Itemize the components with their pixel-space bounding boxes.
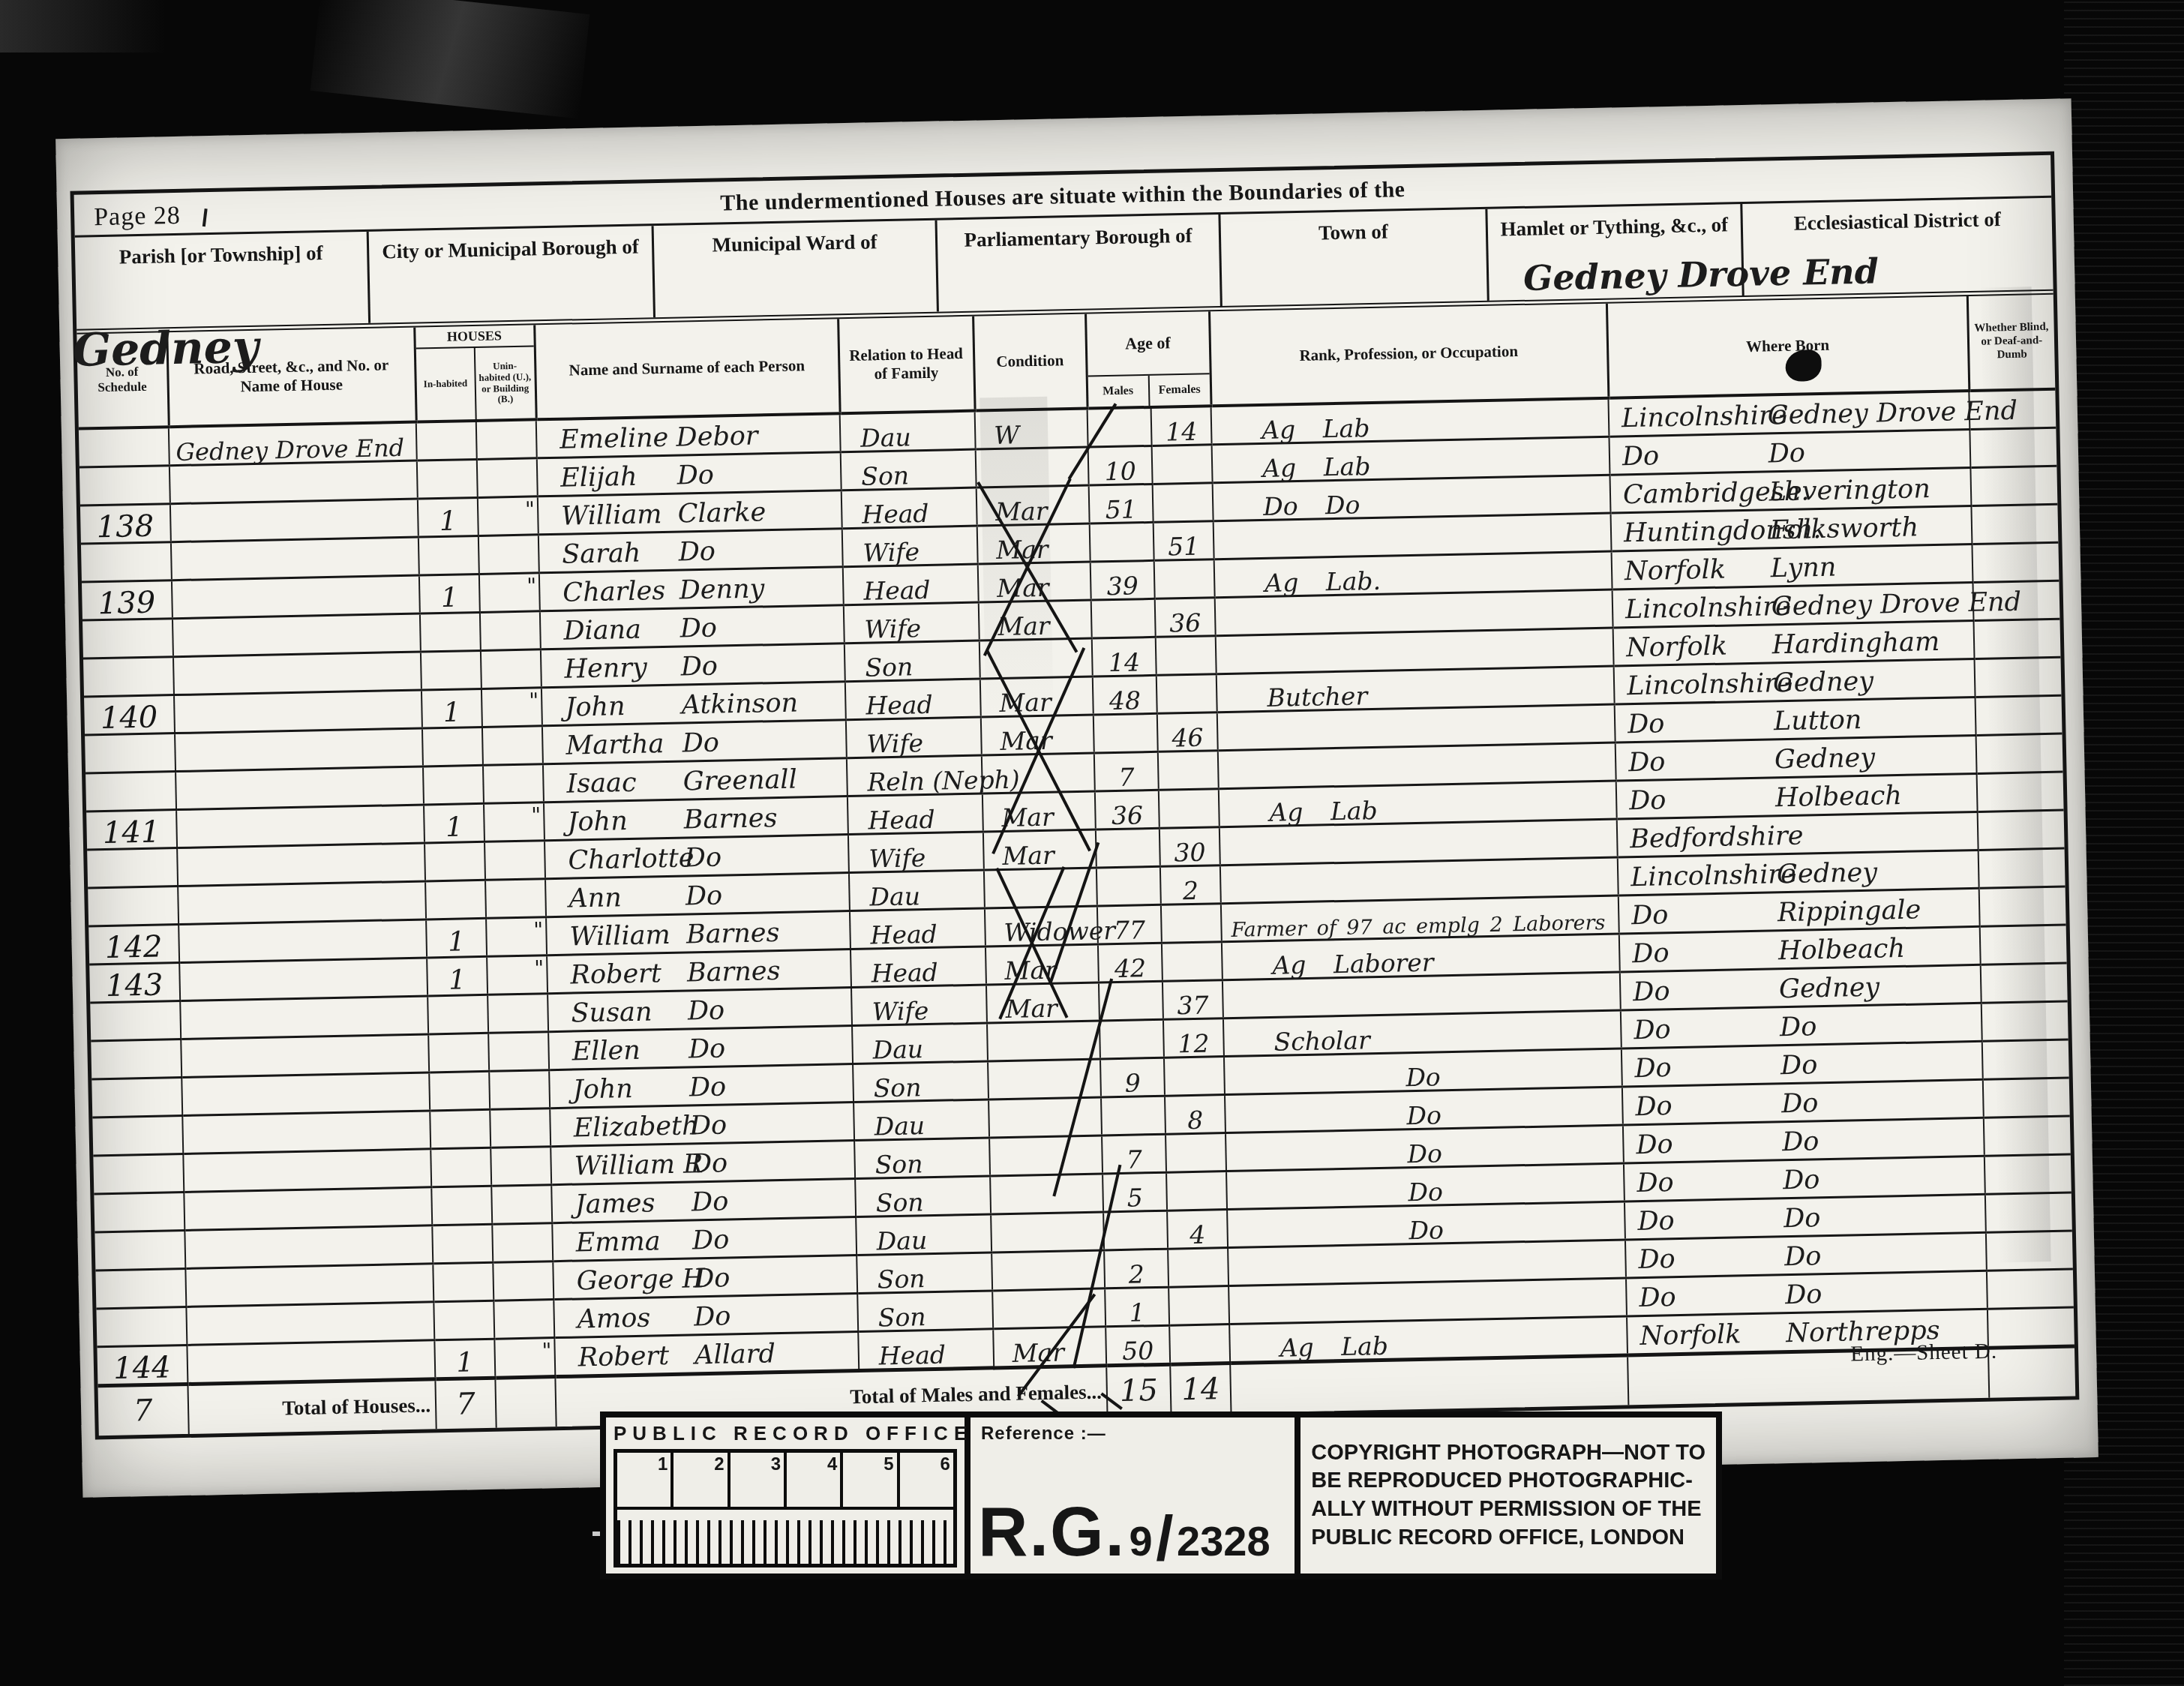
inhabited-cell (432, 1224, 493, 1264)
condition-cell: Mar (983, 829, 1096, 870)
name-cell: "RobertBarnes (547, 949, 851, 994)
born-place: Leverington (1768, 476, 1930, 505)
born-county: Do (1637, 1208, 1675, 1235)
born-county: Lincolnshire (1621, 403, 1787, 432)
road-cell (182, 1111, 430, 1154)
copyright-line: BE REPRODUCED PHOTOGRAPHIC- (1311, 1467, 1705, 1495)
road-cell (183, 1149, 431, 1192)
pro-reference-section: Reference :— R.G. 9 / 2328 (970, 1417, 1300, 1573)
film-scratch (0, 0, 165, 52)
infirmity-cell (1984, 1154, 2071, 1194)
born-place: Do (1781, 1090, 1819, 1117)
born-place: Gedney (1773, 669, 1874, 697)
male-age-cell: 9 (1100, 1057, 1165, 1097)
road-cell (169, 460, 418, 504)
inhabited-cell: 1 (427, 956, 487, 996)
born-county: Do (1629, 787, 1666, 814)
road-cell (175, 766, 424, 810)
inhabited-cell: 1 (419, 574, 480, 613)
male-age-cell: 2 (1104, 1249, 1168, 1288)
relation-cell: Head (858, 1329, 994, 1371)
relation-cell: Head (850, 946, 986, 988)
female-age-cell: 2 (1160, 865, 1221, 905)
road-cell (184, 1187, 432, 1231)
male-age-cell (1087, 407, 1152, 447)
name-cell: George HDo (553, 1255, 857, 1300)
name-cell: SusanDo (547, 988, 852, 1032)
born-place: Do (1783, 1167, 1820, 1194)
infirmity-cell (1987, 1269, 2074, 1309)
inhabited-cell (425, 880, 486, 919)
name-cell: "RobertAllard (554, 1331, 859, 1376)
col-header-relation: Relation to Head of Family (838, 316, 974, 414)
males-total: 15 (1106, 1364, 1171, 1415)
census-sheet: Page 28 The undermentioned Houses are si… (55, 98, 2098, 1498)
infirmity-cell (1979, 886, 2066, 926)
road-cell (180, 996, 428, 1039)
born-place: Holbeach (1778, 936, 1906, 964)
ruler-inch-scale: 123456 (617, 1453, 953, 1510)
male-age-cell: 14 (1092, 637, 1156, 676)
pro-copyright-section: COPYRIGHT PHOTOGRAPH—NOT TO BE REPRODUCE… (1300, 1417, 1716, 1573)
location-field-label: Parliamentary Borough of (964, 224, 1192, 251)
houses-group-label: HOUSES (415, 325, 534, 349)
uninhabited-cell (480, 611, 541, 651)
schedule-cell (94, 1192, 184, 1232)
uninhabited-cell (492, 1223, 553, 1263)
inhabited-cell (433, 1262, 493, 1302)
born-place: Lynn (1770, 555, 1836, 583)
schedule-cell (88, 886, 178, 926)
location-field-label: Municipal Ward of (712, 230, 877, 256)
infirmity-cell (1982, 1039, 2069, 1079)
person-surname: Do (676, 463, 714, 490)
sheet-note: Eng.—Sheet D. (1850, 1339, 1997, 1367)
condition-cell: Mar (976, 485, 1090, 526)
schedule-cell (85, 772, 176, 811)
female-age-cell: 4 (1167, 1210, 1228, 1249)
location-field-5: Hamlet or Tything, &c., ofGedney Drove E… (1487, 204, 1744, 301)
road-cell (172, 613, 421, 657)
female-age-cell: 8 (1165, 1095, 1225, 1135)
location-field-0: Parish [or Township] ofGedney (75, 232, 370, 329)
born-county: Lincolnshire (1630, 862, 1796, 891)
inhabited-cell (416, 421, 477, 460)
person-given-name: William (561, 502, 662, 530)
uninhabited-cell (490, 1108, 550, 1148)
reference-piece: 2328 (1177, 1517, 1270, 1564)
pro-office-title: PUBLIC RECORD OFFICE (613, 1422, 957, 1445)
condition-cell: Mar (981, 715, 1094, 755)
name-cell: IsaacGreenall (543, 758, 847, 802)
road-cell (179, 958, 427, 1001)
ditto-mark: " (525, 499, 535, 520)
person-surname: Do (693, 1265, 730, 1292)
schedule-cell (82, 619, 173, 658)
person-given-name: Emeline (559, 425, 669, 454)
male-age-cell: 10 (1088, 445, 1153, 485)
condition-cell (988, 1097, 1102, 1138)
condition-cell (992, 1288, 1105, 1329)
person-given-name: William R (574, 1151, 703, 1180)
schedule-cell (90, 1001, 181, 1041)
born-place: Folksworth (1769, 514, 1918, 544)
reference-slash-icon: / (1156, 1502, 1173, 1575)
born-place: Gedney (1774, 745, 1876, 774)
person-given-name: Isaac (566, 770, 637, 798)
relation-cell: Wife (848, 832, 984, 873)
schedule-cell (91, 1078, 182, 1117)
location-field-4: Town of (1220, 209, 1489, 306)
ditto-mark: " (526, 575, 536, 596)
infirmity-cell (1975, 695, 2062, 735)
location-field-label: Ecclesiastical District of (1794, 208, 2001, 235)
inhabited-cell (427, 994, 488, 1034)
road-cell (177, 843, 425, 886)
male-age-cell: 1 (1105, 1287, 1169, 1327)
infirmity-cell (1984, 1116, 2071, 1156)
table-body: Gedney Drove EndEmelineDeborDauW14Ag Lab… (79, 389, 2074, 1386)
location-field-2: Municipal Ward of (654, 220, 939, 318)
female-age-cell (1152, 445, 1213, 484)
occupation-cell: Ag Lab (1229, 1316, 1627, 1363)
condition-cell (990, 1174, 1103, 1214)
condition-cell (989, 1135, 1102, 1176)
road-cell (187, 1340, 435, 1384)
schedule-cell (91, 1039, 181, 1079)
relation-cell: Dau (853, 1099, 989, 1141)
born-place: Do (1782, 1129, 1819, 1156)
ruler-fine-scale (617, 1510, 953, 1564)
infirmity-cell (1981, 963, 2068, 1003)
infirmity-cell (1980, 925, 2067, 964)
uninhabited-cell (490, 1147, 551, 1186)
name-cell: DianaDo (540, 605, 844, 649)
relation-cell: Son (856, 1252, 992, 1294)
name-cell: "WilliamBarnes (546, 911, 850, 955)
male-age-cell (1096, 866, 1161, 906)
person-surname: Do (691, 1150, 728, 1177)
person-given-name: John (565, 694, 625, 721)
female-age-cell: 51 (1153, 521, 1214, 561)
female-age-cell (1162, 942, 1222, 982)
houses-total-label: Total of Houses... (187, 1379, 436, 1434)
condition-cell: Mar (993, 1327, 1106, 1368)
person-given-name: Ann (568, 885, 622, 912)
female-age-cell (1156, 636, 1216, 676)
ditto-mark: " (529, 690, 538, 711)
male-age-cell: 36 (1095, 790, 1159, 829)
female-age-cell (1164, 1057, 1225, 1096)
uninhabited-cell (484, 841, 545, 880)
location-field-value: Gedney Drove End (1523, 252, 1879, 298)
inhabited-cell (423, 765, 484, 805)
inhabited-cell (428, 1033, 489, 1072)
infirmity-cell (1976, 733, 2063, 773)
condition-cell: Mar (977, 523, 1090, 564)
inhabited-cell: 1 (434, 1339, 495, 1379)
name-cell: William RDo (550, 1141, 855, 1185)
male-age-cell (1099, 1019, 1164, 1059)
male-age-cell (1101, 1096, 1165, 1135)
schedule-cell (93, 1154, 184, 1194)
born-county: Bedfordshire (1630, 823, 1804, 853)
name-cell: MarthaDo (542, 720, 847, 764)
name-cell: EllenDo (548, 1026, 853, 1070)
condition-cell (982, 753, 1095, 793)
name-cell: JamesDo (551, 1179, 856, 1223)
infirmity-cell (1970, 466, 2057, 505)
col-header-occupation: Rank, Profession, or Occupation (1209, 304, 1608, 406)
ditto-mark: " (533, 919, 543, 940)
ruler-number: 2 (673, 1453, 730, 1507)
name-cell: ElijahDo (537, 452, 841, 496)
person-given-name: Elizabeth (573, 1113, 699, 1141)
schedule-cell: 140 (84, 695, 175, 735)
male-age-cell: 42 (1098, 943, 1162, 982)
born-county: Do (1638, 1246, 1675, 1273)
uninhabited-cell (478, 535, 539, 574)
born-place: Do (1785, 1282, 1822, 1309)
col-header-males: Males (1087, 376, 1148, 407)
inhabited-cell (424, 841, 485, 881)
condition-cell: Widower (985, 906, 1098, 946)
name-cell: CharlotteDo (544, 835, 849, 879)
uninhabited-cell (481, 649, 541, 689)
road-cell (181, 1072, 430, 1116)
uninhabited-cell (488, 1032, 549, 1072)
female-age-cell (1165, 1133, 1226, 1173)
born-place: Gedney (1777, 860, 1878, 889)
col-header-name: Name and Surname of each Person (534, 319, 839, 419)
born-county: Norfolk (1639, 1321, 1741, 1350)
condition-cell (988, 1059, 1101, 1099)
person-surname: Barnes (686, 920, 780, 948)
col-header-born: Where Born (1606, 296, 1969, 398)
infirmity-cell (1987, 1307, 2074, 1348)
relation-cell: Dau (840, 411, 976, 452)
male-age-cell: 7 (1102, 1134, 1166, 1174)
occupation-footer-cell (1230, 1355, 1628, 1413)
name-cell: AnnDo (545, 873, 850, 917)
female-age-cell (1154, 559, 1215, 599)
person-given-name: George H (576, 1266, 705, 1294)
male-age-cell (1096, 828, 1160, 868)
name-cell: "CharlesDenny (539, 567, 844, 611)
female-age-cell (1161, 904, 1222, 943)
schedule-cell (83, 657, 174, 697)
uninhabited-total (495, 1377, 556, 1428)
person-surname: Do (680, 654, 718, 681)
inhabited-cell (422, 727, 483, 766)
relation-cell: Son (844, 640, 980, 682)
schedule-total: 7 (97, 1384, 188, 1435)
person-surname: Do (689, 1074, 727, 1101)
pro-ruler-section: PUBLIC RECORD OFFICE 123456 (606, 1417, 970, 1573)
female-age-cell: 14 (1151, 406, 1212, 445)
schedule-cell (79, 466, 170, 505)
condition-cell (991, 1212, 1104, 1252)
road-cell (178, 881, 426, 925)
inhabited-cell (430, 1109, 490, 1149)
reference-label: Reference :— (981, 1423, 1284, 1444)
location-field-label: Hamlet or Tything, &c., of (1500, 213, 1728, 240)
person-surname: Do (694, 1303, 731, 1330)
relation-cell: Son (853, 1061, 988, 1102)
person-surname: Allard (694, 1341, 775, 1369)
born-county: Do (1622, 443, 1660, 470)
condition-cell: Mar (985, 944, 1099, 985)
born-place: Do (1780, 1052, 1818, 1079)
relation-cell: Wife (844, 602, 979, 643)
relation-cell: Head (841, 487, 977, 529)
inhabited-cell (430, 1147, 491, 1187)
born-county: Do (1633, 979, 1670, 1006)
schedule-cell (87, 848, 178, 888)
male-age-cell (1090, 522, 1154, 562)
females-total: 14 (1170, 1363, 1231, 1414)
road-cell (174, 690, 422, 733)
ruler-number: 1 (617, 1453, 673, 1507)
person-surname: Do (690, 1112, 727, 1139)
col-header-uninhabited: Unin-habited (U.), or Building (B.) (474, 346, 535, 419)
infirmity-cell (1971, 504, 2058, 544)
condition-cell: Mar (986, 982, 1099, 1023)
uninhabited-cell (485, 879, 546, 919)
road-cell (178, 919, 427, 963)
born-county: Do (1636, 1170, 1674, 1197)
person-given-name: Martha (565, 731, 664, 760)
inhabited-cell (433, 1300, 494, 1340)
infirmity-cell (1986, 1231, 2073, 1270)
person-given-name: James (574, 1190, 655, 1218)
person-surname: Do (685, 883, 723, 910)
person-surname: Denny (679, 576, 764, 604)
infirmity-cell (1972, 542, 2059, 582)
census-photograph: { "page": { "page_label": "Page 28", "si… (0, 0, 2184, 1686)
female-age-cell (1156, 674, 1217, 714)
male-age-cell (1103, 1210, 1168, 1250)
census-form: Page 28 The undermentioned Houses are si… (70, 151, 2079, 1440)
person-surname: Greenall (683, 766, 798, 795)
female-age-cell (1168, 1286, 1229, 1326)
born-place: Do (1780, 1014, 1817, 1041)
born-county: Do (1633, 1017, 1671, 1044)
relation-cell: Dau (852, 1023, 988, 1064)
relation-cell: Wife (846, 717, 982, 758)
schedule-cell: 144 (97, 1345, 187, 1385)
road-cell: Gedney Drove End (169, 422, 417, 466)
uninhabited-cell (491, 1185, 552, 1225)
born-place: Do (1784, 1243, 1822, 1270)
infirmity-cell (1985, 1192, 2072, 1232)
male-age-cell: 7 (1094, 751, 1159, 791)
inhabited-cell (417, 459, 478, 499)
name-cell: ElizabethDo (550, 1102, 854, 1147)
uninhabited-cell (477, 458, 538, 498)
born-place: Do (1768, 440, 1805, 467)
born-county: Do (1631, 902, 1669, 929)
relation-cell: Reln (Neph) (847, 755, 982, 796)
born-county: Lincolnshire (1625, 594, 1791, 623)
condition-cell: Mar (982, 791, 1096, 832)
uninhabited-cell (493, 1300, 554, 1339)
male-age-cell (1091, 598, 1156, 638)
inhabited-cell: 1 (426, 918, 487, 958)
road-cell (172, 575, 420, 619)
col-header-age: Age of Males Females (1085, 311, 1211, 408)
name-cell: EmelineDebor (536, 413, 841, 458)
born-county: Do (1635, 1093, 1672, 1120)
person-given-name: Emma (575, 1228, 660, 1256)
name-cell: "WilliamClarke (538, 490, 842, 535)
location-field-3: Parliamentary Borough of (937, 214, 1222, 312)
uninhabited-cell (476, 419, 537, 459)
infirmity-cell (1977, 772, 2064, 811)
copyright-line: PUBLIC RECORD OFFICE, LONDON (1311, 1524, 1705, 1552)
male-age-cell (1099, 981, 1163, 1021)
relation-cell: Dau (856, 1214, 991, 1255)
ditto-mark: " (541, 1340, 551, 1361)
relation-cell: Son (855, 1176, 991, 1217)
copyright-line: ALLY WITHOUT PERMISSION OF THE (1311, 1495, 1705, 1524)
name-cell: HenryDo (541, 643, 845, 688)
road-cell (185, 1264, 433, 1307)
relation-cell: Son (857, 1291, 993, 1332)
born-county: Norfolk (1624, 557, 1726, 586)
infirmity-cell (1969, 389, 2056, 430)
schedule-cell: 142 (88, 925, 179, 964)
person-surname: Debor (676, 423, 758, 451)
relation-cell: Dau (849, 870, 985, 911)
infirmity-cell (1974, 619, 2061, 658)
uninhabited-cell (483, 764, 544, 804)
condition-cell (979, 638, 1093, 679)
relation-cell: Wife (842, 526, 978, 567)
infirmity-cell (1981, 1001, 2068, 1041)
pro-stamp: PUBLIC RECORD OFFICE 123456 Reference :—… (600, 1411, 1722, 1579)
male-age-cell: 39 (1090, 560, 1155, 600)
uninhabited-cell (487, 994, 548, 1033)
inhabited-cell (420, 612, 481, 652)
houses-total: 7 (435, 1378, 496, 1429)
person-given-name: John (572, 1076, 633, 1104)
schedule-cell (96, 1306, 187, 1346)
person-given-name: Robert (570, 961, 661, 988)
relation-cell: Wife (851, 985, 987, 1026)
male-age-cell: 50 (1105, 1325, 1170, 1366)
male-age-cell (1093, 713, 1158, 753)
person-surname: Do (692, 1227, 730, 1254)
name-cell: SarahDo (538, 529, 843, 573)
male-age-cell: 51 (1089, 484, 1153, 523)
ruler-graphic: 123456 (613, 1449, 957, 1567)
person-surname: Do (691, 1189, 729, 1216)
born-place: Holbeach (1775, 783, 1903, 811)
name-cell: AmosDo (553, 1294, 858, 1338)
condition-cell (987, 1021, 1100, 1061)
road-cell (186, 1302, 434, 1345)
road-cell (176, 805, 424, 848)
inhabited-cell (429, 1071, 490, 1111)
name-cell: EmmaDo (552, 1217, 856, 1261)
inhabited-cell (418, 535, 479, 575)
location-field-value: Gedney (72, 322, 259, 377)
name-cell: "JohnAtkinson (541, 682, 846, 726)
relation-cell: Head (850, 908, 985, 949)
inhabited-cell: 1 (418, 497, 478, 537)
uninhabited-cell (482, 726, 543, 766)
